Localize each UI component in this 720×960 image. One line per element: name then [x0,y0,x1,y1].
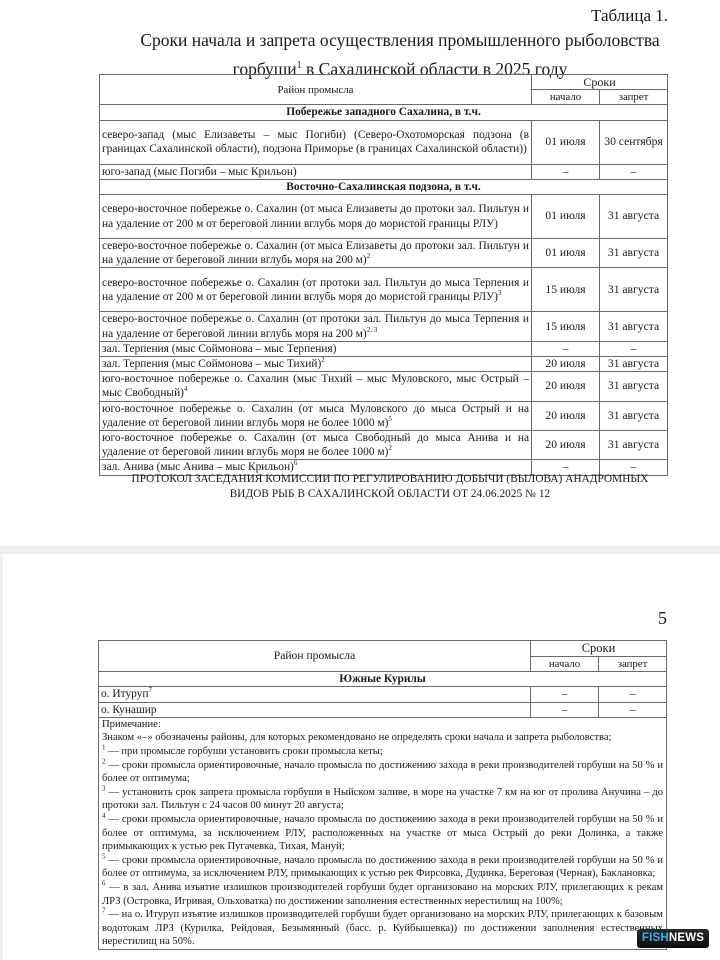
table-row: о. Итуруп7–– [99,687,667,702]
table-row: юго-восточное побережье о. Сахалин (от м… [100,431,668,460]
region-text: зал. Терпения (мыс Соймонова – мыс Терпе… [102,343,336,355]
footnote-item: 7 — на о. Итуруп изъятие излишков произв… [102,908,663,949]
start-date-cell: 20 июля [532,372,600,401]
footnote-item: 1 — при промысле горбуши установить срок… [102,745,663,759]
column-header-ban: запрет [599,657,667,672]
ban-date-cell: 31 августа [600,372,668,401]
fishing-terms-table-continued: Район промысла Сроки начало запрет Южные… [98,640,667,950]
ban-date-cell: 31 августа [600,431,668,460]
column-header-start: начало [532,90,600,105]
table-row: о. Кунашир–– [99,702,667,717]
footnote-item: 3 — установить срок запрета промысла гор… [102,786,663,813]
document-page-1: Таблица 1. Сроки начала и запрета осущес… [0,0,720,546]
region-cell: юго-восточное побережье о. Сахалин (от м… [100,401,532,430]
start-date-cell: – [532,341,600,356]
protocol-line-1: ПРОТОКОЛ ЗАСЕДАНИЯ КОМИССИИ ПО РЕГУЛИРОВ… [95,472,685,487]
table-row: северо-восточное побережье о. Сахалин (о… [100,195,668,239]
section-header: Восточно-Сахалинская подзона, в т.ч. [100,179,668,194]
footnote-ref: 6 [294,460,298,468]
ban-date-cell: 30 сентября [600,120,668,164]
footnote-text: — на о. Итуруп изъятие излишков производ… [102,909,663,947]
section-row: Побережье западного Сахалина, в т.ч. [100,105,668,120]
footnote-item: 4 — сроки промысла ориентировочные, нача… [102,813,663,854]
ban-date-cell: – [600,164,668,179]
table-row: юго-восточное побережье о. Сахалин (от м… [100,401,668,430]
footnote-item: 2 — сроки промысла ориентировочные, нача… [102,759,663,786]
notes-cell: Примечание:Знаком «–» обозначены районы,… [99,717,667,949]
ban-date-cell: 31 августа [600,357,668,372]
footnote-text: Знаком «–» обозначены районы, для которы… [102,732,612,743]
region-text: о. Кунашир [101,704,157,716]
region-cell: юго-восточное побережье о. Сахалин (от м… [100,431,532,460]
start-date-cell: 01 июля [532,120,600,164]
footnote-ref: 7 [148,687,152,695]
protocol-line-2: ВИДОВ РЫБ В САХАЛИНСКОЙ ОБЛАСТИ ОТ 24.06… [95,487,685,502]
title-line-1: Сроки начала и запрета осуществления про… [100,28,700,53]
footnote-text: — сроки промысла ориентировочные, начало… [102,760,663,785]
region-text: северо-восточное побережье о. Сахалин (о… [102,203,529,229]
ban-date-cell: 31 августа [600,312,668,341]
footnote-ref: 2 [321,356,325,364]
region-cell: зал. Терпения (мыс Соймонова – мыс Тихий… [100,357,532,372]
ban-date-cell: 31 августа [600,268,668,312]
section-header: Побережье западного Сахалина, в т.ч. [100,105,668,120]
footnote-text: — в зал. Анива изъятие излишков производ… [102,882,663,907]
start-date-cell: – [531,687,599,702]
footnote-ref: 2, 3 [367,326,378,334]
footnote-ref: 4 [184,386,188,394]
region-text: северо-восточное побережье о. Сахалин (о… [102,277,529,303]
column-header-region: Район промысла [99,641,531,672]
start-date-cell: – [532,164,600,179]
start-date-cell: 20 июля [532,431,600,460]
region-cell: северо-восточное побережье о. Сахалин (о… [100,195,532,239]
watermark-part-2: NEWS [669,932,704,944]
region-cell: о. Итуруп7 [99,687,531,702]
ban-date-cell: 31 августа [600,195,668,239]
region-text: зал. Терпения (мыс Соймонова – мыс Тихий… [102,358,321,370]
footnote-item: 5 — сроки промысла ориентировочные, нача… [102,854,663,881]
start-date-cell: 20 июля [532,357,600,372]
column-header-region: Район промысла [100,75,532,105]
region-text: северо-восточное побережье о. Сахалин (о… [102,240,529,266]
fishnews-watermark: FISHNEWS [637,929,709,948]
section-row: Восточно-Сахалинская подзона, в т.ч. [100,179,668,194]
region-text: юго-запад (мыс Погиби – мыс Крильон) [102,166,297,178]
notes-title: Примечание: [102,718,663,732]
footnote-ref: 3 [498,289,502,297]
protocol-caption: ПРОТОКОЛ ЗАСЕДАНИЯ КОМИССИИ ПО РЕГУЛИРОВ… [95,472,685,502]
start-date-cell: 20 июля [532,401,600,430]
region-cell: юго-запад (мыс Погиби – мыс Крильон) [100,164,532,179]
region-text: юго-восточное побережье о. Сахалин (от м… [102,403,529,429]
column-header-terms: Сроки [532,75,668,90]
start-date-cell: 01 июля [532,195,600,239]
region-text: юго-восточное побережье о. Сахалин (мыс … [102,373,529,399]
table-row: юго-восточное побережье о. Сахалин (мыс … [100,372,668,401]
page-separator [0,546,720,554]
start-date-cell: 15 июля [532,312,600,341]
ban-date-cell: 31 августа [600,239,668,268]
region-cell: о. Кунашир [99,702,531,717]
region-cell: северо-восточное побережье о. Сахалин (о… [100,268,532,312]
start-date-cell: – [531,702,599,717]
footnote-ref: 2 [367,252,371,260]
region-text: северо-запад (мыс Елизаветы – мыс Погиби… [102,129,529,155]
region-text: юго-восточное побережье о. Сахалин (от м… [102,432,529,458]
ban-date-cell: – [599,702,667,717]
ban-date-cell: – [600,341,668,356]
table-row: северо-восточное побережье о. Сахалин (о… [100,268,668,312]
footnote-text: — установить срок запрета промысла горбу… [102,787,663,812]
footnote-ref: 5 [388,415,392,423]
column-header-ban: запрет [600,90,668,105]
start-date-cell: 15 июля [532,268,600,312]
region-text: о. Итуруп [101,688,148,700]
region-cell: северо-запад (мыс Елизаветы – мыс Погиби… [100,120,532,164]
footnote-item: 6 — в зал. Анива изъятие излишков произв… [102,881,663,908]
region-text: северо-восточное побережье о. Сахалин (о… [102,313,529,339]
footnote-ref: 2 [388,444,392,452]
footnote-item: Знаком «–» обозначены районы, для которы… [102,731,663,745]
region-cell: северо-восточное побережье о. Сахалин (о… [100,239,532,268]
ban-date-cell: – [599,687,667,702]
region-cell: северо-восточное побережье о. Сахалин (о… [100,312,532,341]
footnote-text: — сроки промысла ориентировочные, начало… [102,855,663,880]
section-header: Южные Курилы [99,672,667,687]
column-header-terms: Сроки [531,641,667,657]
footnote-text: — сроки промысла ориентировочные, начало… [102,814,663,852]
table-row: зал. Терпения (мыс Соймонова – мыс Тихий… [100,357,668,372]
region-cell: юго-восточное побережье о. Сахалин (мыс … [100,372,532,401]
table-row: юго-запад (мыс Погиби – мыс Крильон)–– [100,164,668,179]
notes-row: Примечание:Знаком «–» обозначены районы,… [99,717,667,949]
page-number: 5 [658,608,667,629]
region-cell: зал. Терпения (мыс Соймонова – мыс Терпе… [100,341,532,356]
table-row: северо-восточное побережье о. Сахалин (о… [100,239,668,268]
footnote-text: — при промысле горбуши установить сроки … [106,746,383,757]
fishing-terms-table: Район промысла Сроки начало запрет Побер… [99,74,668,476]
column-header-start: начало [531,657,599,672]
table-row: северо-восточное побережье о. Сахалин (о… [100,312,668,341]
table-row: зал. Терпения (мыс Соймонова – мыс Терпе… [100,341,668,356]
watermark-part-1: FISH [642,932,669,944]
start-date-cell: 01 июля [532,239,600,268]
table-label: Таблица 1. [591,6,668,26]
ban-date-cell: 31 августа [600,401,668,430]
table-row: северо-запад (мыс Елизаветы – мыс Погиби… [100,120,668,164]
